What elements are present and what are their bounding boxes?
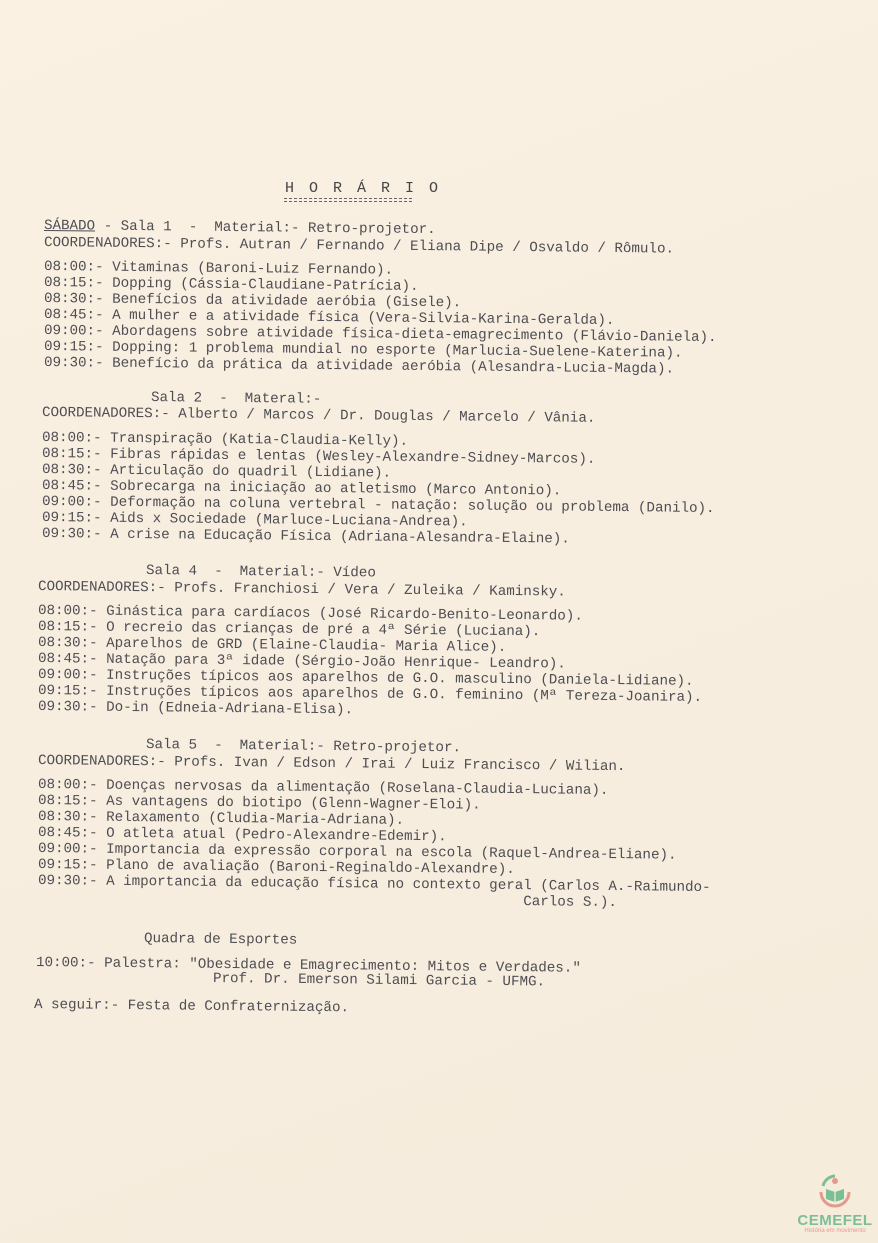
cemefel-logo: CEMEFEL História em movimento xyxy=(796,1170,874,1236)
day-label: SÁBADO xyxy=(44,218,95,235)
section-4-header: Sala 5 - Material:- Retro-projetor. xyxy=(146,738,461,756)
section-4-coordinators: COORDENADORES:- Profs. Ivan / Edson / Ir… xyxy=(38,754,626,775)
document-page: H O R Á R I O SÁBADO - Sala 1 - Material… xyxy=(0,0,878,1243)
book-reader-icon xyxy=(815,1170,855,1210)
logo-tagline: História em movimento xyxy=(796,1228,874,1234)
page-title: H O R Á R I O xyxy=(285,180,441,197)
section-2-coordinators: COORDENADORES:- Alberto / Marcos / Dr. D… xyxy=(42,406,596,427)
section-3-coordinators: COORDENADORES:- Profs. Franchiosi / Vera… xyxy=(38,580,566,601)
section-2-header: Sala 2 - Materal:- xyxy=(151,391,321,408)
section-3-header: Sala 4 - Material:- Vídeo xyxy=(146,564,376,581)
schedule-item: 09:30:- Do-in (Edneia-Adriana-Elisa). xyxy=(38,700,353,718)
logo-name: CEMEFEL xyxy=(796,1212,874,1229)
schedule-item: 09:30:- A crise na Educação Física (Adri… xyxy=(42,527,570,548)
section-1-coordinators: COORDENADORES:- Profs. Autran / Fernando… xyxy=(44,236,674,258)
title-double-underline xyxy=(284,198,412,202)
closing-note: A seguir:- Festa de Confraternização. xyxy=(34,998,349,1016)
schedule-item-continued: Carlos S.). xyxy=(38,890,617,911)
talk-speaker: Prof. Dr. Emerson Silami Garcia - UFMG. xyxy=(213,972,545,990)
venue-heading: Quadra de Esportes xyxy=(144,932,297,949)
